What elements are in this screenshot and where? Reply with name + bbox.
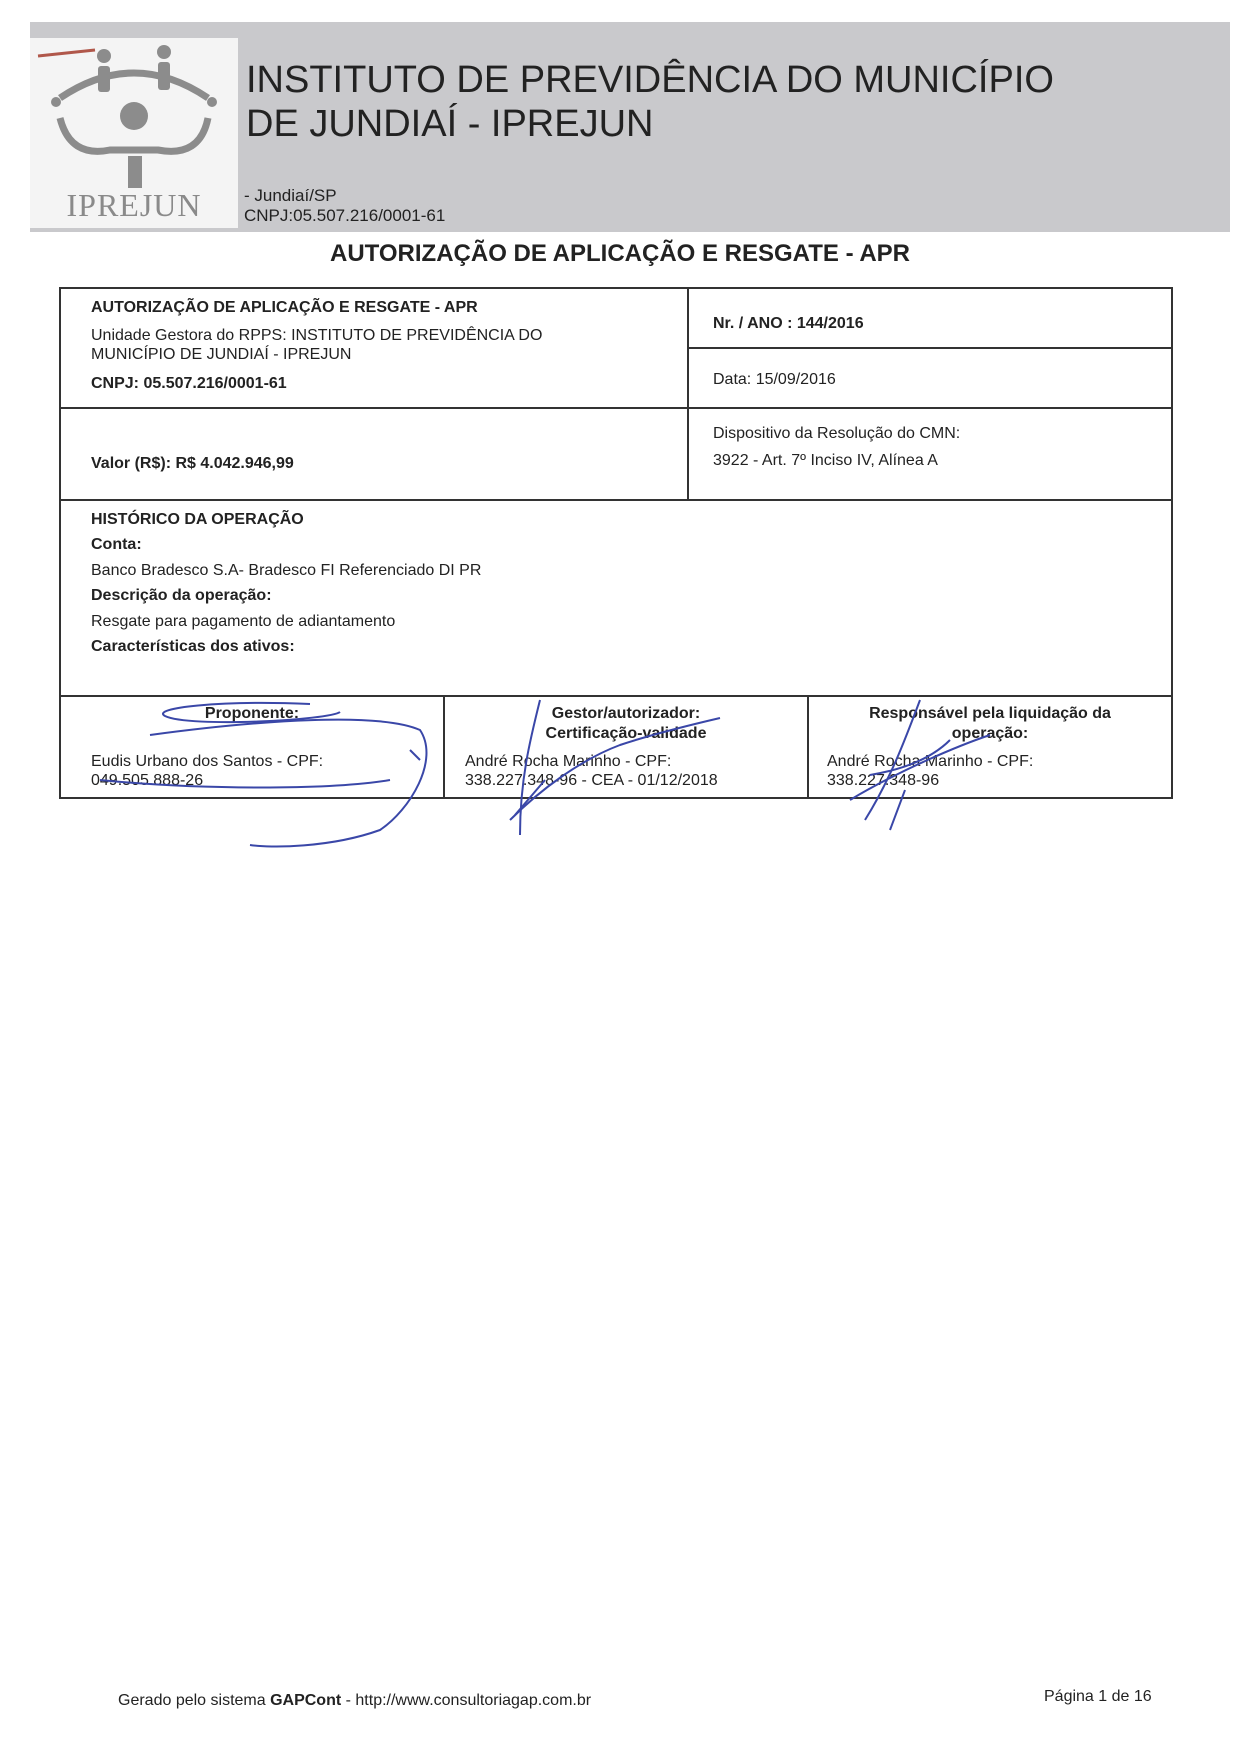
- people-circle-logo-icon: [30, 38, 238, 188]
- gestor-title-line2: Certificação-validade: [445, 725, 807, 743]
- institution-details: - Jundiaí/SP CNPJ:05.507.216/0001-61: [244, 186, 445, 226]
- responsavel-cpf: 338.227.348-96: [827, 772, 939, 790]
- page-number: Página 1 de 16: [1044, 1688, 1152, 1706]
- responsavel-title-line1: Responsável pela liquidação da: [809, 705, 1171, 723]
- conta-value: Banco Bradesco S.A- Bradesco FI Referenc…: [91, 562, 481, 580]
- signature-responsavel: Responsável pela liquidação da operação:…: [809, 697, 1171, 797]
- caracteristicas-label: Características dos ativos:: [91, 638, 295, 656]
- proponente-name: Eudis Urbano dos Santos - CPF:: [91, 753, 323, 771]
- valor: Valor (R$): R$ 4.042.946,99: [91, 455, 294, 473]
- footer-url[interactable]: - http://www.consultoriagap.com.br: [341, 1692, 591, 1709]
- institution-name-line1: INSTITUTO DE PREVIDÊNCIA DO MUNICÍPIO: [246, 58, 1054, 102]
- unidade-gestora-line1: Unidade Gestora do RPPS: INSTITUTO DE PR…: [91, 327, 542, 345]
- conta-label: Conta:: [91, 536, 142, 554]
- institution-name-line2: DE JUNDIAÍ - IPREJUN: [246, 102, 1054, 146]
- responsavel-title-line2: operação:: [809, 725, 1171, 743]
- dispositivo-value: 3922 - Art. 7º Inciso IV, Alínea A: [713, 452, 938, 470]
- identification-cell: AUTORIZAÇÃO DE APLICAÇÃO E RESGATE - APR…: [61, 289, 689, 407]
- dispositivo-cell: Dispositivo da Resolução do CMN: 3922 - …: [689, 409, 1171, 499]
- form-date: Data: 15/09/2016: [713, 371, 836, 389]
- footer-generated-by: Gerado pelo sistema GAPCont - http://www…: [118, 1692, 591, 1710]
- document-title: AUTORIZAÇÃO DE APLICAÇÃO E RESGATE - APR: [0, 240, 1240, 268]
- apr-form-table: AUTORIZAÇÃO DE APLICAÇÃO E RESGATE - APR…: [59, 287, 1173, 799]
- gestor-cpf-certification: 338.227.348-96 - CEA - 01/12/2018: [465, 772, 718, 790]
- proponente-cpf: 049.505.888-26: [91, 772, 203, 790]
- responsavel-name: André Rocha Marinho - CPF:: [827, 753, 1033, 771]
- institution-cnpj: CNPJ:05.507.216/0001-61: [244, 206, 445, 226]
- historico-title: HISTÓRICO DA OPERAÇÃO: [91, 511, 304, 529]
- form-row-identification: AUTORIZAÇÃO DE APLICAÇÃO E RESGATE - APR…: [61, 289, 1171, 409]
- institution-location: - Jundiaí/SP: [244, 186, 445, 206]
- form-section-title: AUTORIZAÇÃO DE APLICAÇÃO E RESGATE - APR: [91, 299, 478, 317]
- logo-text: IPREJUN: [30, 187, 238, 224]
- number-date-cell: Nr. / ANO : 144/2016 Data: 15/09/2016: [689, 289, 1171, 407]
- descricao-label: Descrição da operação:: [91, 587, 272, 605]
- signature-gestor: Gestor/autorizador: Certificação-validad…: [445, 697, 809, 797]
- form-cnpj: CNPJ: 05.507.216/0001-61: [91, 375, 287, 393]
- logo: IPREJUN: [30, 38, 238, 228]
- value-cell: Valor (R$): R$ 4.042.946,99: [61, 409, 689, 499]
- form-row-signatures: Proponente: Eudis Urbano dos Santos - CP…: [61, 697, 1171, 797]
- nr-ano-box: Nr. / ANO : 144/2016: [689, 289, 1171, 349]
- gestor-name: André Rocha Marinho - CPF:: [465, 753, 671, 771]
- dispositivo-label: Dispositivo da Resolução do CMN:: [713, 425, 960, 443]
- proponente-title: Proponente:: [61, 705, 443, 723]
- footer-system-name: GAPCont: [270, 1692, 341, 1709]
- nr-ano: Nr. / ANO : 144/2016: [713, 315, 864, 333]
- institution-name: INSTITUTO DE PREVIDÊNCIA DO MUNICÍPIO DE…: [246, 58, 1054, 146]
- descricao-value: Resgate para pagamento de adiantamento: [91, 613, 395, 631]
- form-row-historico: HISTÓRICO DA OPERAÇÃO Conta: Banco Brade…: [61, 501, 1171, 697]
- form-row-value: Valor (R$): R$ 4.042.946,99 Dispositivo …: [61, 409, 1171, 501]
- signature-proponente: Proponente: Eudis Urbano dos Santos - CP…: [61, 697, 445, 797]
- unidade-gestora-line2: MUNICÍPIO DE JUNDIAÍ - IPREJUN: [91, 346, 351, 364]
- footer-prefix: Gerado pelo sistema: [118, 1692, 270, 1709]
- gestor-title-line1: Gestor/autorizador:: [445, 705, 807, 723]
